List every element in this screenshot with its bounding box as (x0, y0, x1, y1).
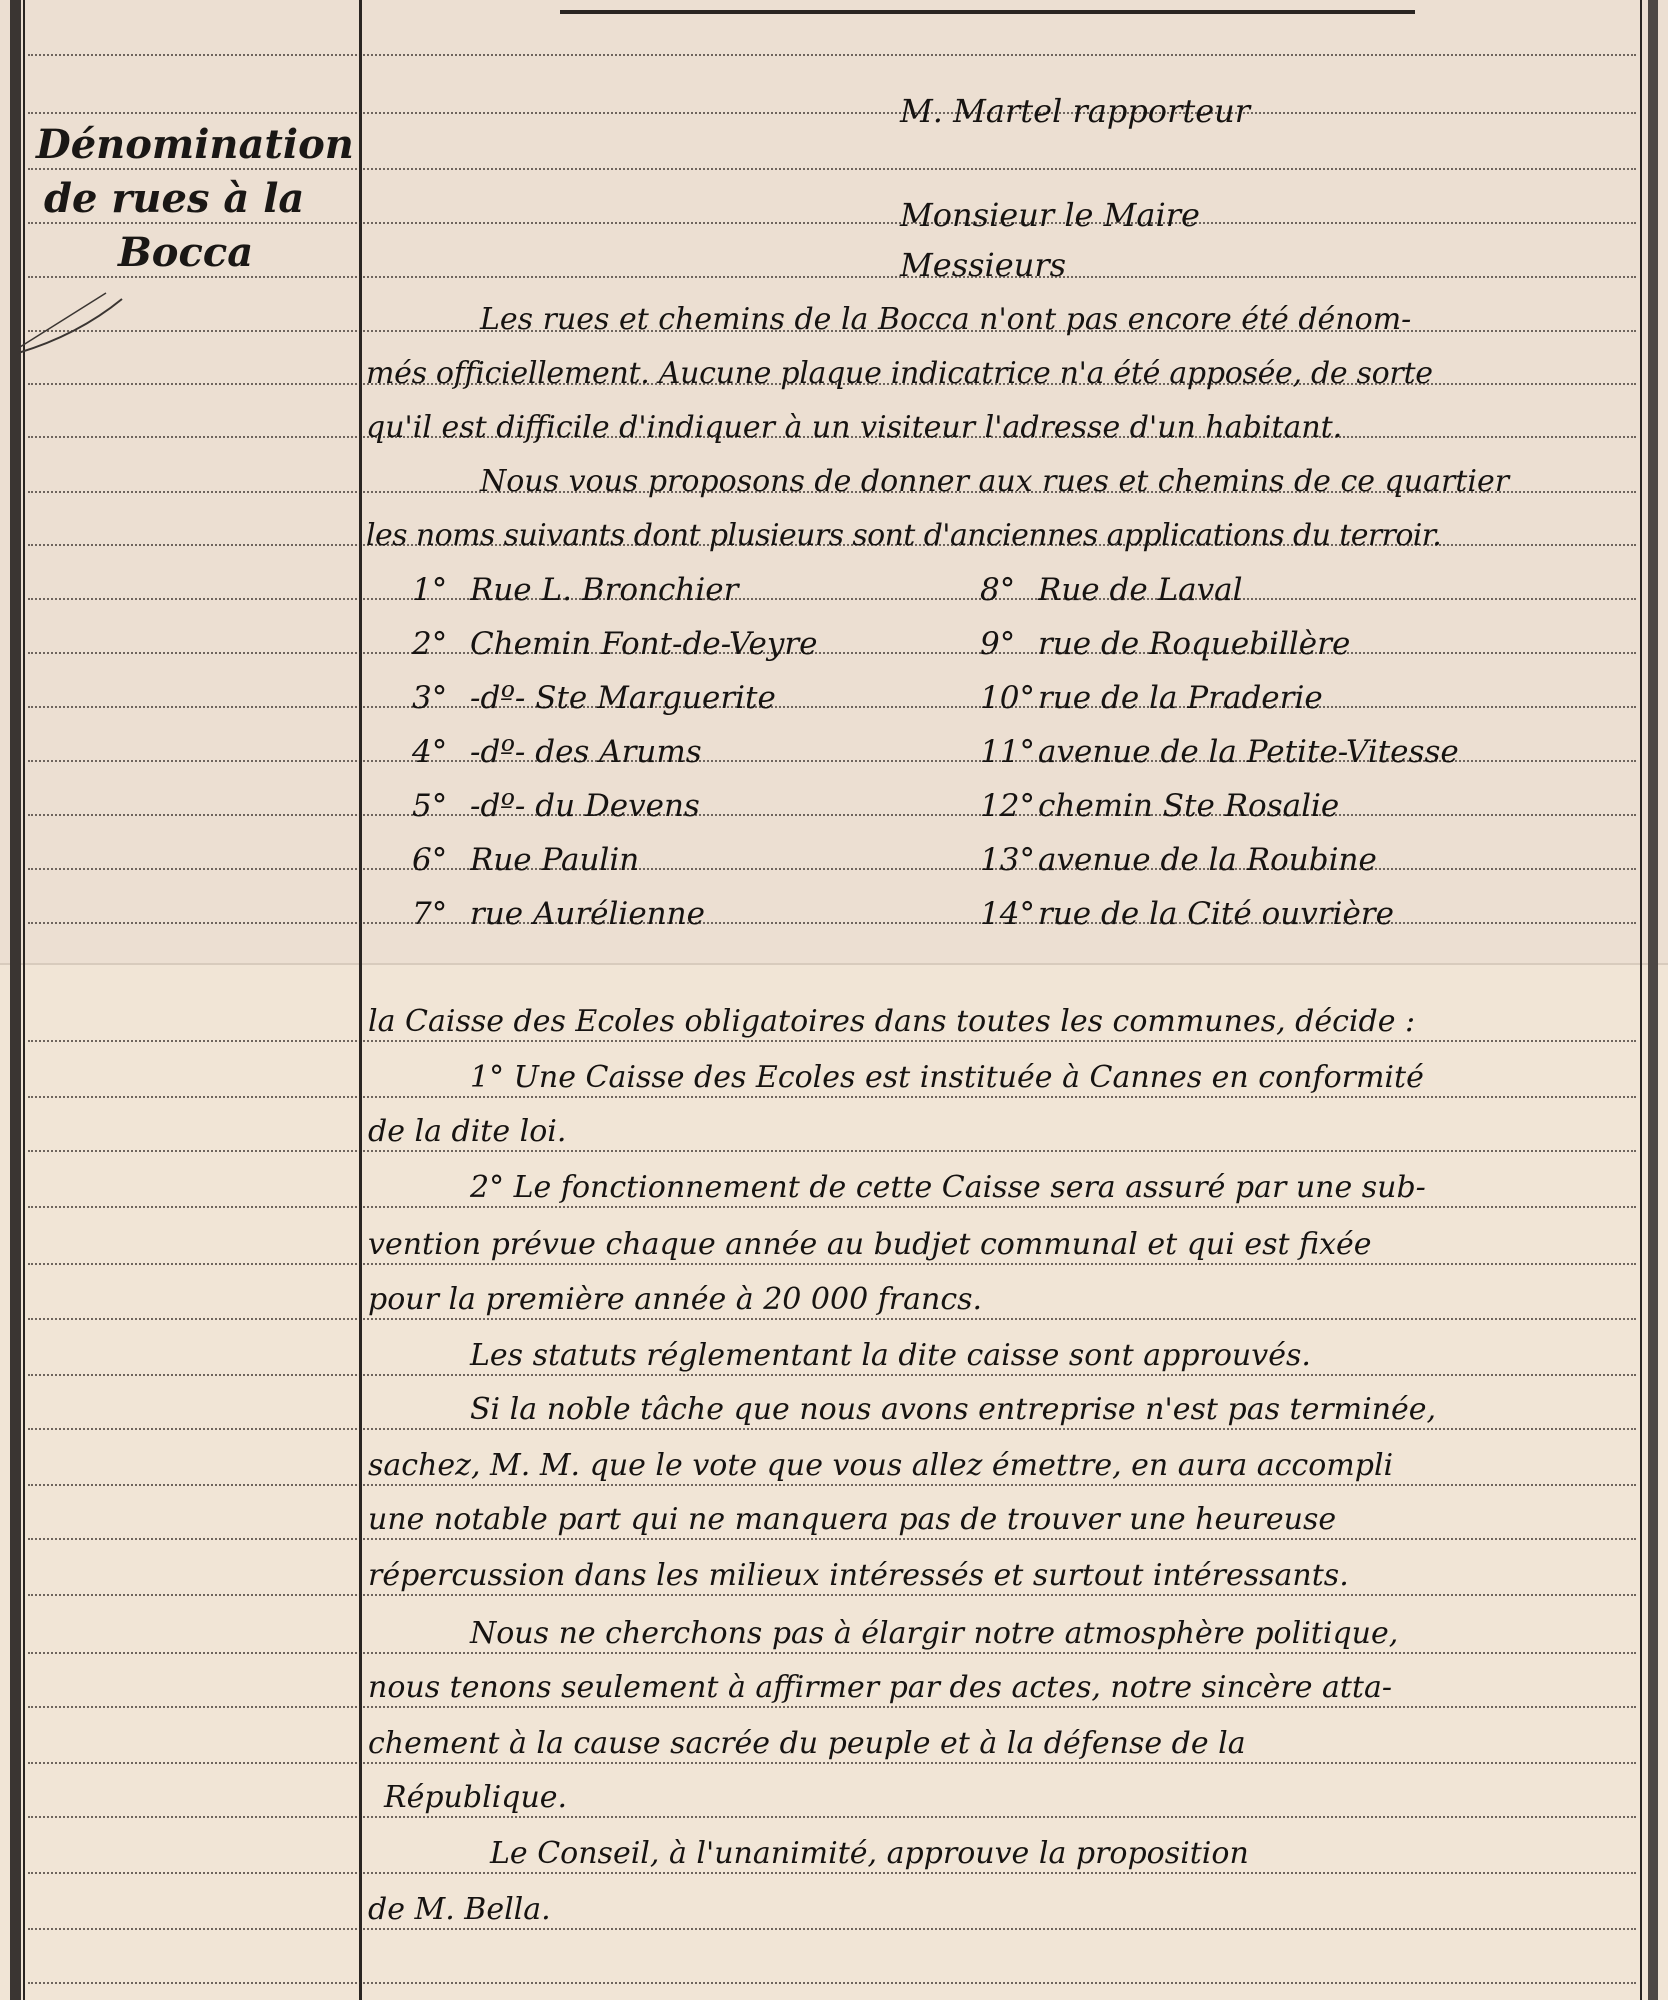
top-rule (560, 10, 1415, 14)
rule-line (28, 1594, 1636, 1596)
rule-line (28, 1652, 1636, 1654)
street-item: 9°rue de Roquebillère (980, 626, 1350, 662)
street-item: 14°rue de la Cité ouvrière (980, 896, 1394, 932)
salutation-messieurs: Messieurs (900, 246, 1066, 284)
street-item: 1°Rue L. Bronchier (412, 572, 738, 608)
rule-line (28, 1538, 1636, 1540)
lower-line-10: une notable part qui ne manquera pas de … (368, 1502, 1336, 1537)
lower-line-1: la Caisse des Ecoles obligatoires dans t… (368, 1004, 1415, 1039)
right-border-thick (1648, 0, 1658, 2000)
margin-column-rule (359, 0, 362, 2000)
street-item: 13°avenue de la Roubine (980, 842, 1377, 878)
street-item: 5°-dº- du Devens (412, 788, 700, 824)
street-item: 11°avenue de la Petite-Vitesse (980, 734, 1459, 770)
margin-heading: Dénomination de rues à la Bocca (36, 118, 356, 280)
rule-line (28, 1484, 1636, 1486)
street-list-left: 1°Rue L. Bronchier 2°Chemin Font-de-Veyr… (412, 572, 972, 952)
paste-seam (0, 963, 1668, 965)
street-item: 8°Rue de Laval (980, 572, 1243, 608)
salutation-maire: Monsieur le Maire (900, 196, 1200, 234)
street-item: 12°chemin Ste Rosalie (980, 788, 1339, 824)
lower-line-13: nous tenons seulement à affirmer par des… (368, 1670, 1392, 1705)
rapporteur-line: M. Martel rapporteur (900, 92, 1250, 130)
lower-line-6: pour la première année à 20 000 francs. (368, 1282, 982, 1317)
lower-line-14: chement à la cause sacrée du peuple et à… (368, 1726, 1246, 1761)
rule-line (28, 1872, 1636, 1874)
rule-line (28, 112, 1636, 114)
margin-heading-line-2: de rues à la (36, 172, 356, 226)
lower-line-5: vention prévue chaque année au budjet co… (368, 1227, 1372, 1262)
rule-line (28, 1816, 1636, 1818)
rule-line (28, 1982, 1636, 1984)
rule-line (28, 1928, 1636, 1930)
lower-line-8: Si la noble tâche que nous avons entrepr… (470, 1392, 1436, 1427)
street-item: 10°rue de la Praderie (980, 680, 1323, 716)
lower-line-12: Nous ne cherchons pas à élargir notre at… (470, 1616, 1398, 1651)
rule-line (28, 1762, 1636, 1764)
lower-line-3: de la dite loi. (368, 1114, 566, 1149)
street-item: 7°rue Aurélienne (412, 896, 705, 932)
rule-line (28, 1206, 1636, 1208)
lower-line-2: 1° Une Caisse des Ecoles est instituée à… (470, 1060, 1424, 1095)
paragraph-1-line-2: més officiellement. Aucune plaque indica… (366, 356, 1433, 391)
rule-line (28, 1263, 1636, 1265)
lower-line-17: de M. Bella. (368, 1892, 551, 1927)
street-item: 6°Rue Paulin (412, 842, 639, 878)
street-list-right: 8°Rue de Laval 9°rue de Roquebillère 10°… (980, 572, 1620, 952)
rule-line (28, 1428, 1636, 1430)
right-border-thin (1640, 0, 1642, 2000)
rule-line (28, 54, 1636, 56)
paragraph-2-line-2: les noms suivants dont plusieurs sont d'… (366, 518, 1441, 553)
rule-line (28, 1318, 1636, 1320)
rule-line (28, 1374, 1636, 1376)
lower-line-15: République. (384, 1780, 567, 1815)
rule-line (28, 1706, 1636, 1708)
lower-line-11: répercussion dans les milieux intéressés… (368, 1558, 1349, 1593)
rule-line (28, 1150, 1636, 1152)
pen-stroke-mark-icon (18, 285, 138, 355)
lower-line-16: Le Conseil, à l'unanimité, approuve la p… (490, 1836, 1249, 1871)
margin-heading-line-1: Dénomination (36, 121, 354, 168)
street-item: 4°-dº- des Arums (412, 734, 702, 770)
paragraph-1-line-1: Les rues et chemins de la Bocca n'ont pa… (480, 302, 1411, 337)
margin-heading-line-3: Bocca (36, 226, 356, 280)
lower-line-4: 2° Le fonctionnement de cette Caisse ser… (470, 1170, 1426, 1205)
lower-line-9: sachez, M. M. que le vote que vous allez… (368, 1448, 1393, 1483)
paragraph-2-line-1: Nous vous proposons de donner aux rues e… (480, 464, 1509, 499)
rule-line (28, 1040, 1636, 1042)
lower-line-7: Les statuts réglementant la dite caisse … (470, 1338, 1311, 1373)
street-item: 2°Chemin Font-de-Veyre (412, 626, 818, 662)
rule-line (28, 1096, 1636, 1098)
paragraph-1-line-3: qu'il est difficile d'indiquer à un visi… (366, 410, 1342, 445)
street-item: 3°-dº- Ste Marguerite (412, 680, 776, 716)
